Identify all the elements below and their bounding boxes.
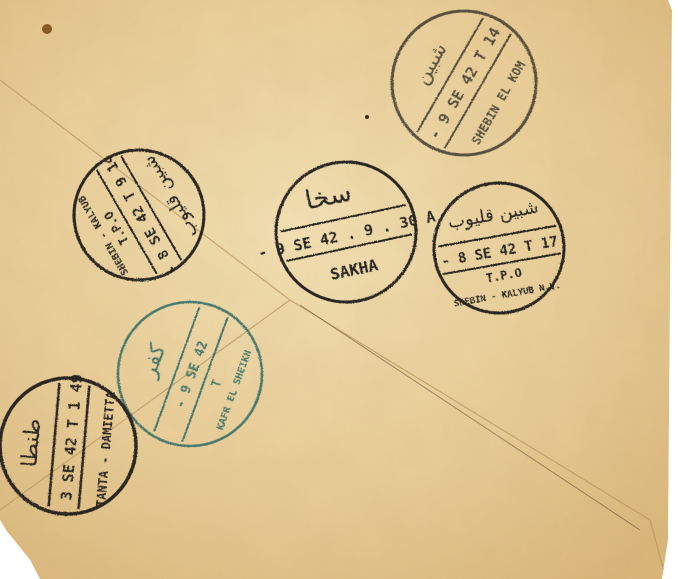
ink-stain <box>42 24 52 34</box>
svg-text:ﻃﻨﻄﺎ: ﻃﻨﻄﺎ <box>17 417 46 468</box>
envelope-photo: - 9 SE 42 T 14 SHEBIN EL KOM ﺷﺒﻴﻦ - 8 SE… <box>0 0 678 579</box>
